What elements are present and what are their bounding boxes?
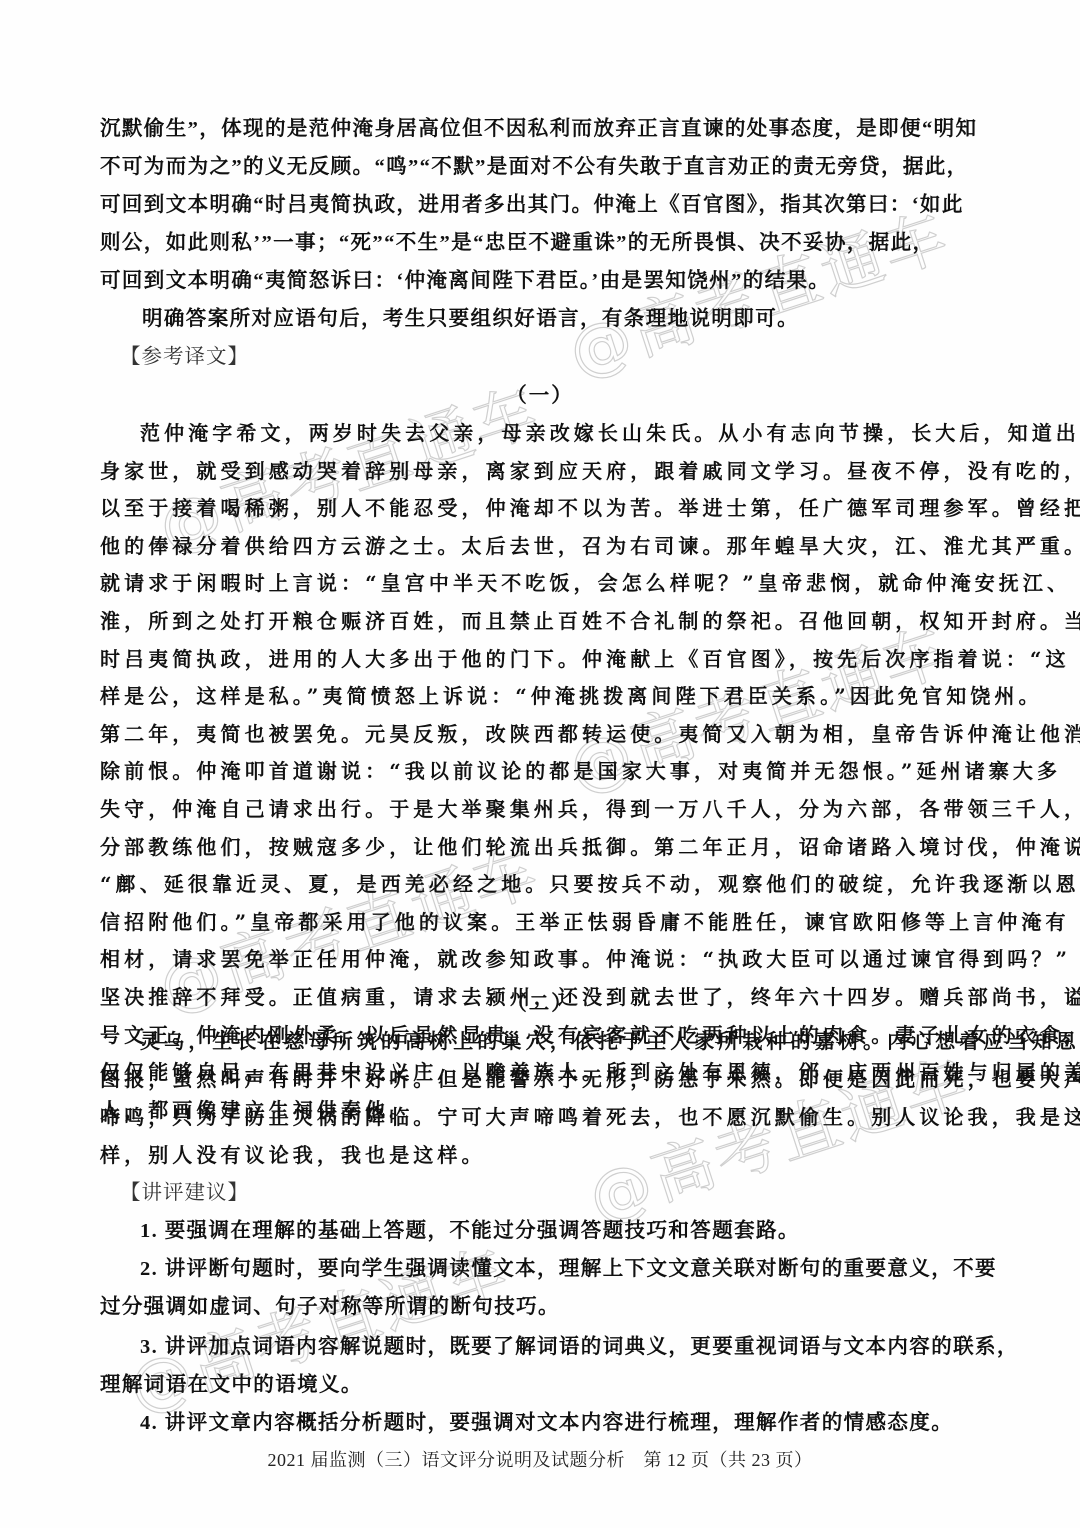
advice-line: 4. 讲评文章内容概括分析题时，要强调对文本内容进行梳理，理解作者的情感态度。 — [140, 1408, 1040, 1438]
translation-line: 信招附他们。”皇帝都采用了他的议案。王举正怯弱昏庸不能胜任，谏官欧阳修等上言仲淹… — [100, 907, 1000, 937]
translation-line: 范仲淹字希文，两岁时失去父亲，母亲改嫁长山朱氏。从小有志向节操，长大后，知道出 — [140, 418, 1040, 448]
document-page: @高考直通车 @高考直通车 @高考直通车 @高考直通车 @高考直通车 @高考直通… — [0, 0, 1080, 1528]
advice-line: 2. 讲评断句题时，要向学生强调读懂文本，理解上下文文意关联对断句的重要意义，不… — [140, 1254, 1040, 1284]
advice-heading: 【讲评建议】 — [120, 1178, 1020, 1208]
translation-line: 第二年，夷简也被罢免。元昊反叛，改陕西都转运使。夷简又入朝为相，皇帝告诉仲淹让他… — [100, 719, 1000, 749]
advice-line: 3. 讲评加点词语内容解说题时，既要了解词语的词典义，更要重视词语与文本内容的联… — [140, 1332, 1040, 1362]
translation-heading: 【参考译文】 — [120, 342, 1020, 372]
translation-line: 啼鸣，只为了防止灾祸的降临。宁可大声啼鸣着死去，也不愿沉默偷生。别人议论我，我是… — [100, 1102, 1000, 1132]
advice-line: 过分强调如虚词、句子对称等所谓的断句技巧。 — [100, 1292, 1000, 1322]
translation-line: 相材，请求罢免举正任用仲淹，就改参知政事。仲淹说：“执政大臣可以通过谏官得到吗？… — [100, 944, 1000, 974]
analysis-conclusion: 明确答案所对应语句后，考生只要组织好语言，有条理地说明即可。 — [142, 304, 1042, 334]
translation-line: 样，别人没有议论我，我也是这样。 — [100, 1140, 1000, 1170]
translation-line: “鄜、延很靠近灵、夏，是西羌必经之地。只要按兵不动，观察他们的破绽，允许我逐渐以… — [100, 869, 1000, 899]
analysis-line: 可回到文本明确“时吕夷简执政，进用者多出其门。仲淹上《百官图》，指其次第曰：‘如… — [100, 190, 1000, 220]
translation-line: 以至于接着喝稀粥，别人不能忍受，仲淹却不以为苦。举进士第，任广德军司理参军。曾经… — [100, 493, 1000, 523]
part-one-title: （一） — [0, 380, 1080, 410]
analysis-line: 则公，如此则私’”一事；“死”“不生”是“忠臣不避重诛”的无所畏惧、决不妥协，据… — [100, 228, 1000, 258]
analysis-line: 不可为而为之”的义无反顾。“鸣”“不默”是面对不公有失敢于直言劝正的责无旁贷，据… — [100, 152, 1000, 182]
translation-line: 他的俸禄分着供给四方云游之士。太后去世，召为右司谏。那年蝗旱大灾，江、淮尤其严重… — [100, 531, 1000, 561]
translation-line: 身家世，就受到感动哭着辞别母亲，离家到应天府，跟着戚同文学习。昼夜不停，没有吃的… — [100, 456, 1000, 486]
translation-line: 除前恨。仲淹叩首道谢说：“我以前议论的都是国家大事，对夷简并无怨恨。”延州诸寨大… — [100, 756, 1000, 786]
translation-line: 失守，仲淹自己请求出行。于是大举聚集州兵，得到一万八千人，分为六部，各带领三千人… — [100, 794, 1000, 824]
translation-line: 灵乌，生长在慈母所筑的高树上的巢穴，依托于主人家所栽种的嘉树。内心想着应当知恩 — [140, 1026, 1040, 1056]
part-two-title: （二） — [0, 988, 1080, 1018]
translation-line: 淮，所到之处打开粮仓赈济百姓，而且禁止百姓不合礼制的祭祀。召他回朝，权知开封府。… — [100, 606, 1000, 636]
translation-line: 时吕夷简执政，进用的人大多出于他的门下。仲淹献上《百官图》，按先后次序指着说：“… — [100, 644, 1000, 674]
advice-line: 1. 要强调在理解的基础上答题，不能过分强调答题技巧和答题套路。 — [140, 1216, 1040, 1246]
translation-line: 就请求于闲暇时上言说：“皇宫中半天不吃饭，会怎么样呢？”皇帝悲悯，就命仲淹安抚江… — [100, 568, 1000, 598]
analysis-line: 沉默偷生”，体现的是范仲淹身居高位但不因私利而放弃正言直谏的处事态度，是即便“明… — [100, 114, 1000, 144]
translation-line: 样是公，这样是私。”夷简愤怒上诉说：“仲淹挑拨离间陛下君臣关系。”因此免官知饶州… — [100, 681, 1000, 711]
translation-line: 图报，虽然叫声有时并不好听。但是能警示于无形，防患于未然。即便是因此而死，也要大… — [100, 1064, 1000, 1094]
page-footer: 2021 届监测（三）语文评分说明及试题分析 第 12 页（共 23 页） — [0, 1446, 1080, 1472]
analysis-line: 可回到文本明确“夷简怒诉曰：‘仲淹离间陛下君臣。’由是罢知饶州”的结果。 — [100, 266, 1000, 296]
advice-line: 理解词语在文中的语境义。 — [100, 1370, 1000, 1400]
translation-line: 分部教练他们，按贼寇多少，让他们轮流出兵抵御。第二年正月，诏命诸路入境讨伐，仲淹… — [100, 832, 1000, 862]
